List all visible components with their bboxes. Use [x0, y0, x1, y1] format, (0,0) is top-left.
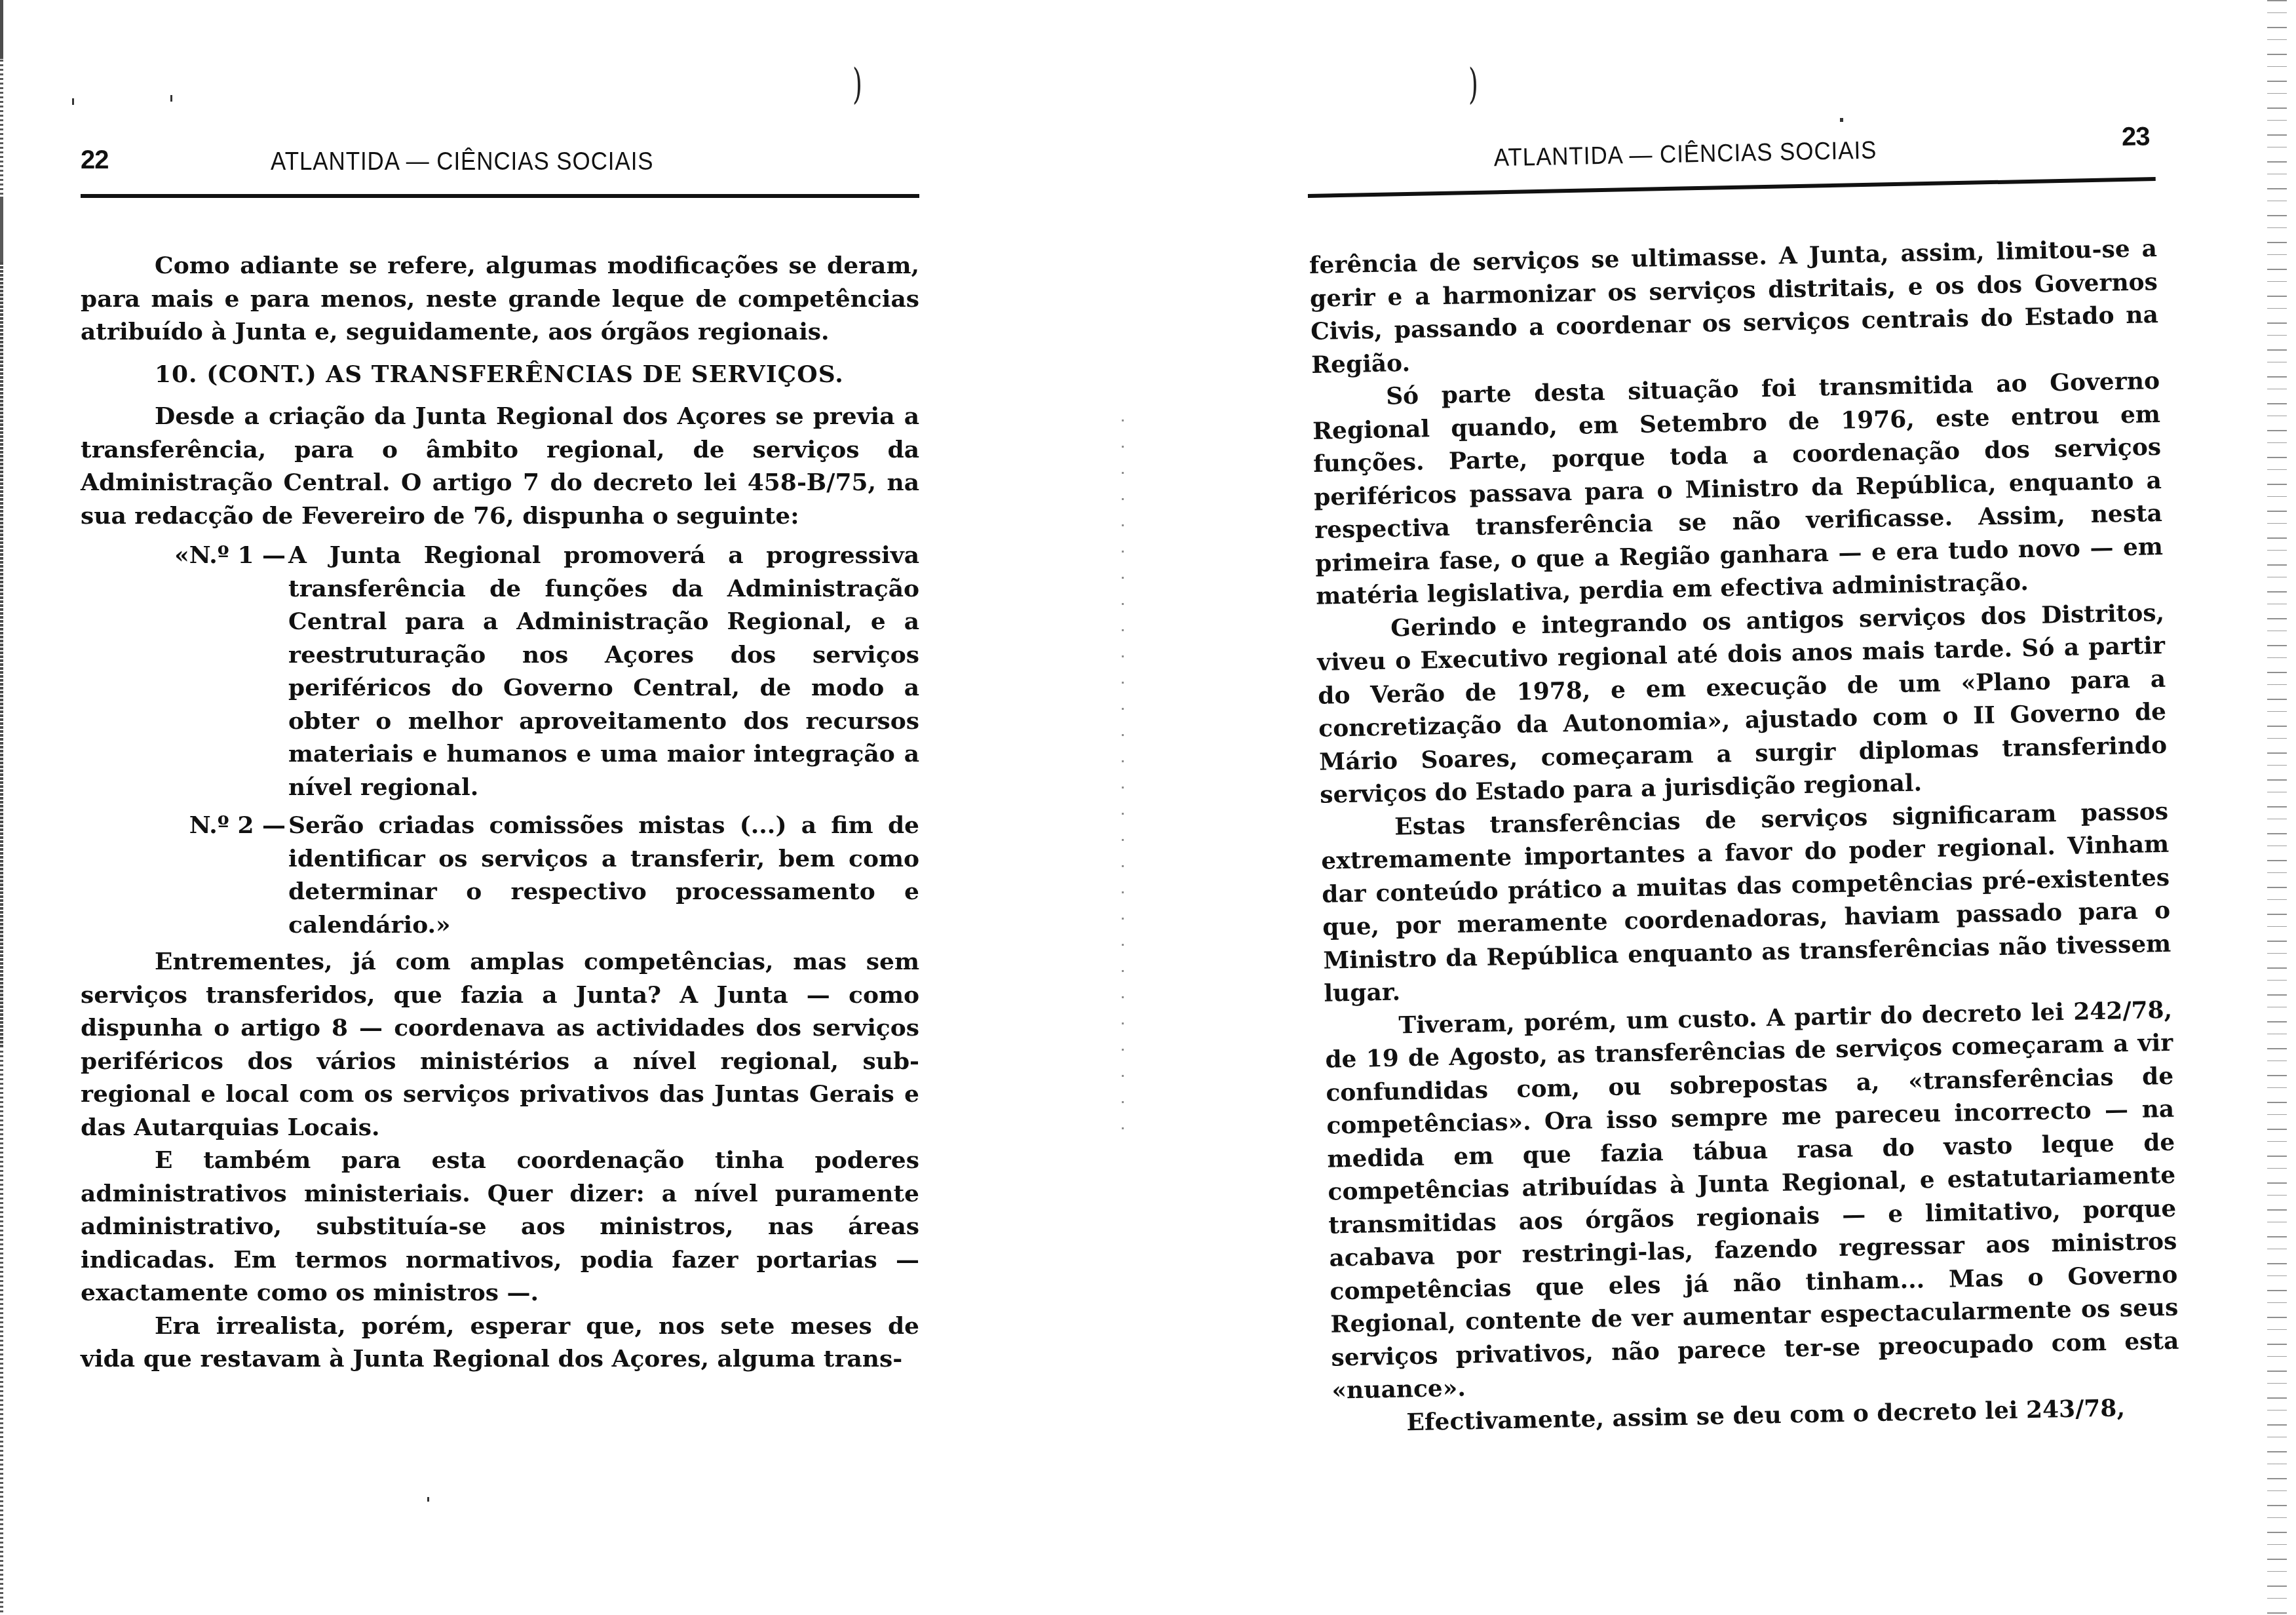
legal-quote: «N.º 1 — A Junta Regional promoverá a pr…: [81, 539, 919, 941]
scan-speck: [170, 95, 172, 102]
scan-edge-right: [2267, 0, 2287, 1615]
quote-item: N.º 2 — Serão criadas comissões mistas (…: [81, 809, 919, 941]
quote-item-text: A Junta Regional promoverá a progressiva…: [288, 539, 919, 804]
punch-mark-left: ): [852, 60, 862, 109]
paragraph: Tiveram, porém, um custo. A partir do de…: [1324, 993, 2180, 1407]
scan-edge-left: [0, 0, 3, 1615]
paragraph: Gerindo e integrando os antigos serviços…: [1316, 596, 2168, 811]
running-head-title: ATLANTIDA — CIÊNCIAS SOCIAIS: [1493, 137, 1877, 173]
header-rule: [81, 194, 919, 198]
punch-mark-right: ): [1468, 60, 1478, 109]
paragraph: Entrementes, já com amplas competências,…: [81, 945, 919, 1144]
paragraph: E também para esta coordenação tinha pod…: [81, 1144, 919, 1310]
page-number: 23: [2121, 122, 2149, 152]
paragraph: Desde a criação da Junta Regional dos Aç…: [81, 400, 919, 532]
scan-speck: [72, 98, 74, 105]
quote-item-number: N.º 2 —: [81, 809, 288, 941]
book-gutter: [1122, 419, 1124, 1140]
paragraph: Era irrealista, porém, esperar que, nos …: [81, 1310, 919, 1376]
running-head-right: ATLANTIDA — CIÊNCIAS SOCIAIS 23: [1307, 128, 2155, 185]
paragraph: Só parte desta situação foi transmitida …: [1312, 364, 2164, 613]
running-head-title: ATLANTIDA — CIÊNCIAS SOCIAIS: [271, 148, 654, 176]
page-body-left: Como adiante se refere, algumas modifica…: [81, 249, 919, 1376]
running-head-left: 22 ATLANTIDA — CIÊNCIAS SOCIAIS: [81, 146, 919, 185]
paragraph: Estas transferências de serviços signifi…: [1320, 794, 2172, 1010]
quote-item-text: Serão criadas comissões mistas (...) a f…: [288, 809, 919, 941]
section-heading: 10. (CONT.) AS TRANSFERÊNCIAS DE SERVIÇO…: [81, 358, 919, 391]
quote-item-number: «N.º 1 —: [81, 539, 288, 804]
page-number: 22: [81, 146, 109, 175]
scan-speck: [1840, 118, 1843, 122]
quote-item: «N.º 1 — A Junta Regional promoverá a pr…: [81, 539, 919, 804]
page-body-right: ferência de serviços se ultimasse. A Jun…: [1309, 232, 2181, 1441]
paragraph-continuation: ferência de serviços se ultimasse. A Jun…: [1309, 232, 2160, 381]
scan-speck: [427, 1497, 429, 1502]
paragraph: Como adiante se refere, algumas modifica…: [81, 249, 919, 349]
